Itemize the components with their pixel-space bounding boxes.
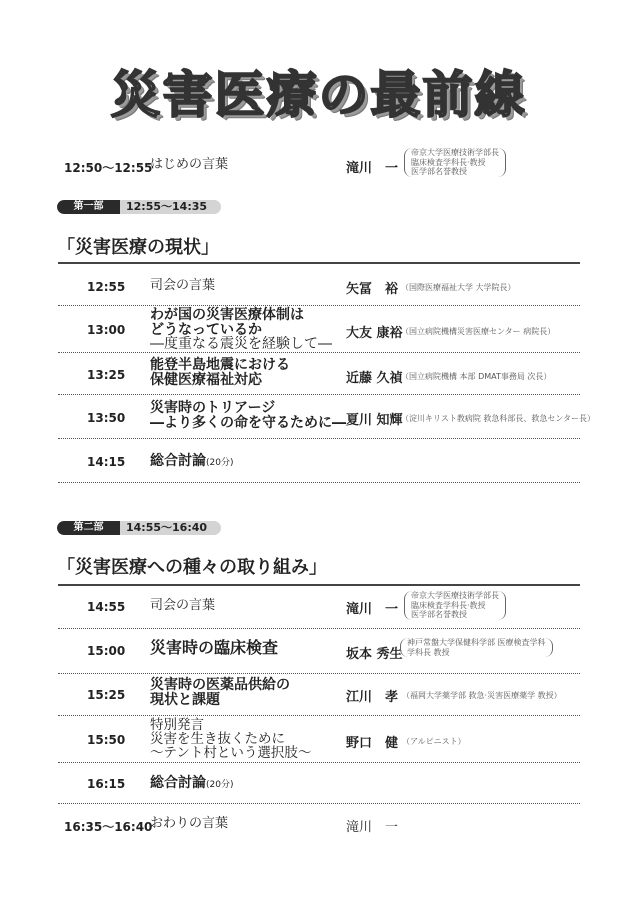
divider — [58, 584, 580, 586]
session-affiliation: （国立病院機構 本部 DMAT事務局 次長） — [401, 371, 551, 382]
topic-line: どうなっているか — [150, 323, 332, 338]
session-speaker: 滝川 一 — [346, 598, 398, 617]
affiliation-line: 臨床検査学科長·教授 — [411, 601, 499, 611]
divider — [58, 803, 580, 804]
divider — [58, 715, 580, 716]
affiliation-line: 医学部名誉教授 — [411, 167, 499, 177]
topic-line: 〜テント村という選択肢〜 — [150, 746, 311, 760]
divider — [58, 262, 580, 264]
topic-line: 総合討論 — [150, 775, 206, 791]
session-topic: 災害時のトリアージ ―より多くの命を守るために― — [150, 401, 346, 430]
topic-line: 特別発言 — [150, 718, 311, 732]
session-affiliation: （国際医療福祉大学 大学院長） — [401, 282, 516, 293]
page-title: 災害医療の最前線 — [0, 55, 637, 127]
session-affiliation: （福岡大学薬学部 救急·災害医療薬学 教授） — [402, 690, 562, 701]
topic-line: 総合討論 — [150, 453, 206, 469]
part2-badge: 第二部 14:55〜16:40 — [57, 521, 221, 535]
session-time: 12:55 — [87, 280, 125, 294]
closing-speaker: 滝川 一 — [346, 816, 398, 835]
part1-time: 12:55〜14:35 — [126, 200, 207, 214]
divider — [58, 482, 580, 483]
opening-time: 12:50〜12:55 — [64, 159, 152, 176]
session-topic: 特別発言 災害を生き抜くために 〜テント村という選択肢〜 — [150, 718, 311, 760]
divider — [58, 762, 580, 763]
closing-topic: おわりの言葉 — [150, 817, 228, 831]
session-topic: 司会の言葉 — [150, 599, 215, 613]
topic-note: (20分) — [206, 458, 233, 468]
affiliation-line: 学科長 教授 — [407, 648, 546, 658]
divider — [58, 305, 580, 306]
session-speaker: 江川 孝 — [346, 686, 398, 705]
session-time: 13:50 — [87, 411, 125, 425]
session-topic: わが国の災害医療体制は どうなっているか ―度重なる震災を経験して― — [150, 308, 332, 352]
topic-line: 災害時の医薬品供給の — [150, 678, 290, 693]
session-time: 13:25 — [87, 368, 125, 382]
divider — [58, 394, 580, 395]
part1-label: 第一部 — [57, 200, 120, 214]
session-time: 14:15 — [87, 455, 125, 469]
topic-line: ―より多くの命を守るために― — [150, 416, 346, 431]
topic-note: (20分) — [206, 780, 233, 790]
session-time: 16:15 — [87, 777, 125, 791]
session-topic: 総合討論(20分) — [150, 454, 233, 471]
opening-speaker: 滝川 一 — [346, 157, 398, 176]
divider — [58, 673, 580, 674]
session-topic: 災害時の医薬品供給の 現状と課題 — [150, 678, 290, 707]
divider — [58, 438, 580, 439]
affiliation-line: 帝京大学医療技術学部長 — [411, 148, 499, 158]
topic-line: 災害時のトリアージ — [150, 401, 346, 416]
session-affiliation: （アルピニスト） — [402, 736, 466, 747]
session-speaker: 近藤 久禎 — [346, 367, 403, 386]
part1-badge: 第一部 12:55〜14:35 — [57, 200, 221, 214]
session-affiliation: 帝京大学医療技術学部長 臨床検査学科長·教授 医学部名誉教授 — [404, 591, 506, 620]
opening-topic: はじめの言葉 — [150, 158, 228, 172]
session-speaker: 夏川 知輝 — [346, 409, 403, 428]
part1-title: 「災害医療の現状」 — [57, 233, 219, 259]
affiliation-line: 神戸常盤大学保健科学部 医療検査学科 — [407, 638, 546, 648]
topic-line: 能登半島地震における — [150, 358, 290, 373]
affiliation-line: 臨床検査学科長·教授 — [411, 158, 499, 168]
session-topic: 能登半島地震における 保健医療福祉対応 — [150, 358, 290, 387]
topic-line: 現状と課題 — [150, 693, 290, 708]
session-time: 13:00 — [87, 323, 125, 337]
session-time: 15:00 — [87, 644, 125, 658]
divider — [58, 352, 580, 353]
part2-label: 第二部 — [57, 521, 120, 535]
session-topic: 司会の言葉 — [150, 279, 215, 293]
session-topic: 総合討論(20分) — [150, 776, 233, 793]
topic-line: ―度重なる震災を経験して― — [150, 337, 332, 352]
session-affiliation: （国立病院機構災害医療センター 病院長） — [401, 326, 555, 337]
opening-affiliation: 帝京大学医療技術学部長 臨床検査学科長·教授 医学部名誉教授 — [404, 148, 506, 177]
affiliation-line: 医学部名誉教授 — [411, 610, 499, 620]
session-time: 15:25 — [87, 688, 125, 702]
session-time: 14:55 — [87, 600, 125, 614]
session-speaker: 坂本 秀生 — [346, 643, 403, 662]
session-time: 15:50 — [87, 733, 125, 747]
part2-time: 14:55〜16:40 — [126, 521, 207, 535]
topic-line: わが国の災害医療体制は — [150, 308, 332, 323]
session-affiliation: 神戸常盤大学保健科学部 医療検査学科 学科長 教授 — [400, 638, 553, 657]
closing-time: 16:35〜16:40 — [64, 818, 152, 835]
affiliation-line: 帝京大学医療技術学部長 — [411, 591, 499, 601]
part2-title: 「災害医療への種々の取り組み」 — [57, 553, 327, 579]
topic-line: 保健医療福祉対応 — [150, 373, 290, 388]
session-topic: 災害時の臨床検査 — [150, 641, 278, 655]
session-speaker: 野口 健 — [346, 732, 398, 751]
session-affiliation: （淀川キリスト教病院 救急科部長、救急センター長） — [401, 413, 595, 424]
topic-line: 災害を生き抜くために — [150, 732, 311, 746]
divider — [58, 628, 580, 629]
session-speaker: 矢冨 裕 — [346, 278, 398, 297]
session-speaker: 大友 康裕 — [346, 322, 403, 341]
